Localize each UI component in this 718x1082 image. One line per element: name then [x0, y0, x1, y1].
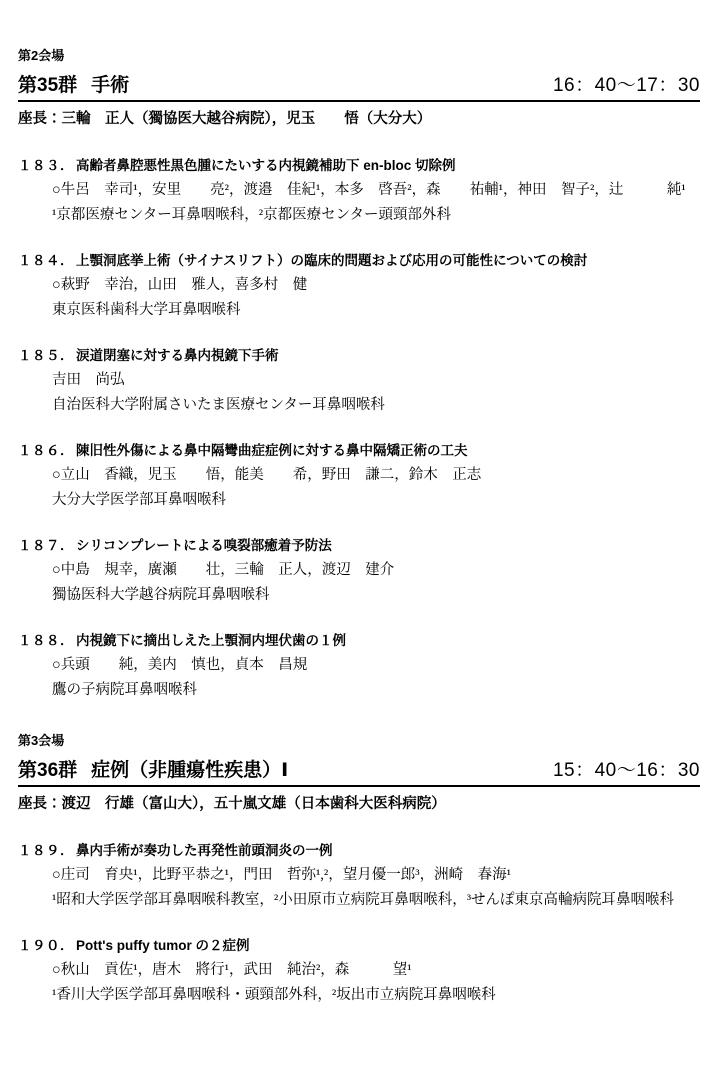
presentation-affiliation: ¹京都医療センター耳鼻咽喉科，²京都医療センター頭頸部外科: [52, 203, 700, 228]
session-group-title: 第35群手術: [18, 74, 129, 97]
presentation-title: シリコンプレートによる嗅裂部癒着予防法: [76, 538, 332, 553]
group-number: 第36群: [18, 760, 77, 781]
presentation-title: 鼻内手術が奏功した再発性前頭洞炎の一例: [76, 843, 333, 858]
presentation-title-line: １８８．内視鏡下に摘出しえた上顎洞内埋伏歯の１例: [52, 628, 700, 653]
presentation-title-line: １８６．陳旧性外傷による鼻中隔彎曲症症例に対する鼻中隔矯正術の工夫: [52, 438, 700, 463]
presentation-number: １８８．: [18, 628, 76, 653]
presentation-title-line: １８５．涙道閉塞に対する鼻内視鏡下手術: [52, 343, 700, 368]
presentation-187: １８７．シリコンプレートによる嗅裂部癒着予防法 ○中島 規幸，廣瀬 壮，三輪 正…: [52, 533, 700, 608]
presentation-title: 陳旧性外傷による鼻中隔彎曲症症例に対する鼻中隔矯正術の工夫: [76, 443, 468, 458]
group-topic: 症例（非腫瘍性疾患）Ⅰ: [91, 760, 288, 781]
presentation-title: 内視鏡下に摘出しえた上顎洞内埋伏歯の１例: [76, 633, 346, 648]
session-35: 第2会場 第35群手術 16：40～17：30 座長：三輪 正人（獨協医大越谷病…: [18, 48, 700, 703]
group-number: 第35群: [18, 75, 77, 96]
session-heading: 第35群手術 16：40～17：30: [18, 74, 700, 102]
presentation-authors: 吉田 尚弘: [52, 368, 700, 393]
presentation-authors: ○庄司 育央¹，比野平恭之¹，門田 哲弥¹,²，望月優一郎³，洲崎 春海¹: [52, 863, 700, 888]
presentation-affiliation: 自治医科大学附属さいたま医療センター耳鼻咽喉科: [52, 393, 700, 418]
presentation-authors: ○中島 規幸，廣瀬 壮，三輪 正人，渡辺 建介: [52, 558, 700, 583]
presentation-authors: ○秋山 貢佐¹，唐木 將行¹，武田 純治²，森 望¹: [52, 958, 700, 983]
presentation-number: １８６．: [18, 438, 76, 463]
session-chair: 座長：三輪 正人（獨協医大越谷病院），児玉 悟（大分大）: [18, 110, 700, 129]
presentation-affiliation: 大分大学医学部耳鼻咽喉科: [52, 488, 700, 513]
presentation-authors: ○萩野 幸治，山田 雅人，喜多村 健: [52, 273, 700, 298]
presentation-186: １８６．陳旧性外傷による鼻中隔彎曲症症例に対する鼻中隔矯正術の工夫 ○立山 香織…: [52, 438, 700, 513]
presentation-affiliation: 獨協医科大学越谷病院耳鼻咽喉科: [52, 583, 700, 608]
program-page: 第2会場 第35群手術 16：40～17：30 座長：三輪 正人（獨協医大越谷病…: [0, 0, 718, 1082]
presentation-185: １８５．涙道閉塞に対する鼻内視鏡下手術 吉田 尚弘 自治医科大学附属さいたま医療…: [52, 343, 700, 418]
presentation-affiliation: ¹昭和大学医学部耳鼻咽喉科教室，²小田原市立病院耳鼻咽喉科，³せんぽ東京高輪病院…: [52, 888, 700, 913]
group-topic: 手術: [91, 75, 129, 96]
presentation-affiliation: 東京医科歯科大学耳鼻咽喉科: [52, 298, 700, 323]
presentation-188: １８８．内視鏡下に摘出しえた上顎洞内埋伏歯の１例 ○兵頭 純，美内 慎也，貞本 …: [52, 628, 700, 703]
presentation-number: １８３．: [18, 153, 76, 178]
presentation-title-line: １８９．鼻内手術が奏功した再発性前頭洞炎の一例: [52, 838, 700, 863]
presentation-title: 高齢者鼻腔悪性黒色腫にたいする内視鏡補助下 en-bloc 切除例: [76, 158, 456, 173]
presentation-authors: ○牛呂 幸司¹，安里 亮²，渡邉 佳紀¹，本多 啓吾²，森 祐輔¹，神田 智子²…: [52, 178, 700, 203]
presentation-title-line: １８４．上顎洞底挙上術（サイナスリフト）の臨床的問題および応用の可能性についての…: [52, 248, 700, 273]
presentation-title-line: １８３．高齢者鼻腔悪性黒色腫にたいする内視鏡補助下 en-bloc 切除例: [52, 153, 700, 178]
session-chair: 座長：渡辺 行雄（富山大），五十嵐文雄（日本歯科大医科病院）: [18, 795, 700, 814]
venue-label: 第2会場: [18, 48, 700, 64]
presentation-affiliation: ¹香川大学医学部耳鼻咽喉科・頭頸部外科，²坂出市立病院耳鼻咽喉科: [52, 983, 700, 1008]
presentation-title: 上顎洞底挙上術（サイナスリフト）の臨床的問題および応用の可能性についての検討: [76, 253, 587, 268]
presentation-number: １９０．: [18, 933, 76, 958]
session-time: 16：40～17：30: [553, 74, 700, 97]
presentation-number: １８９．: [18, 838, 76, 863]
session-time: 15：40～16：30: [553, 759, 700, 782]
venue-label: 第3会場: [18, 733, 700, 749]
presentation-authors: ○兵頭 純，美内 慎也，貞本 昌規: [52, 653, 700, 678]
presentation-title: Pott's puffy tumor の２症例: [76, 938, 249, 953]
presentation-190: １９０．Pott's puffy tumor の２症例 ○秋山 貢佐¹，唐木 將…: [52, 933, 700, 1008]
presentation-title: 涙道閉塞に対する鼻内視鏡下手術: [76, 348, 279, 363]
presentation-183: １８３．高齢者鼻腔悪性黒色腫にたいする内視鏡補助下 en-bloc 切除例 ○牛…: [52, 153, 700, 228]
presentation-authors: ○立山 香織，児玉 悟，能美 希，野田 謙二，鈴木 正志: [52, 463, 700, 488]
session-heading: 第36群症例（非腫瘍性疾患）Ⅰ 15：40～16：30: [18, 759, 700, 787]
presentation-189: １８９．鼻内手術が奏功した再発性前頭洞炎の一例 ○庄司 育央¹，比野平恭之¹，門…: [52, 838, 700, 913]
presentation-184: １８４．上顎洞底挙上術（サイナスリフト）の臨床的問題および応用の可能性についての…: [52, 248, 700, 323]
presentation-title-line: １９０．Pott's puffy tumor の２症例: [52, 933, 700, 958]
presentation-number: １８７．: [18, 533, 76, 558]
session-36: 第3会場 第36群症例（非腫瘍性疾患）Ⅰ 15：40～16：30 座長：渡辺 行…: [18, 733, 700, 1008]
presentation-number: １８４．: [18, 248, 76, 273]
session-group-title: 第36群症例（非腫瘍性疾患）Ⅰ: [18, 759, 288, 782]
presentation-number: １８５．: [18, 343, 76, 368]
presentation-affiliation: 鷹の子病院耳鼻咽喉科: [52, 678, 700, 703]
presentation-title-line: １８７．シリコンプレートによる嗅裂部癒着予防法: [52, 533, 700, 558]
